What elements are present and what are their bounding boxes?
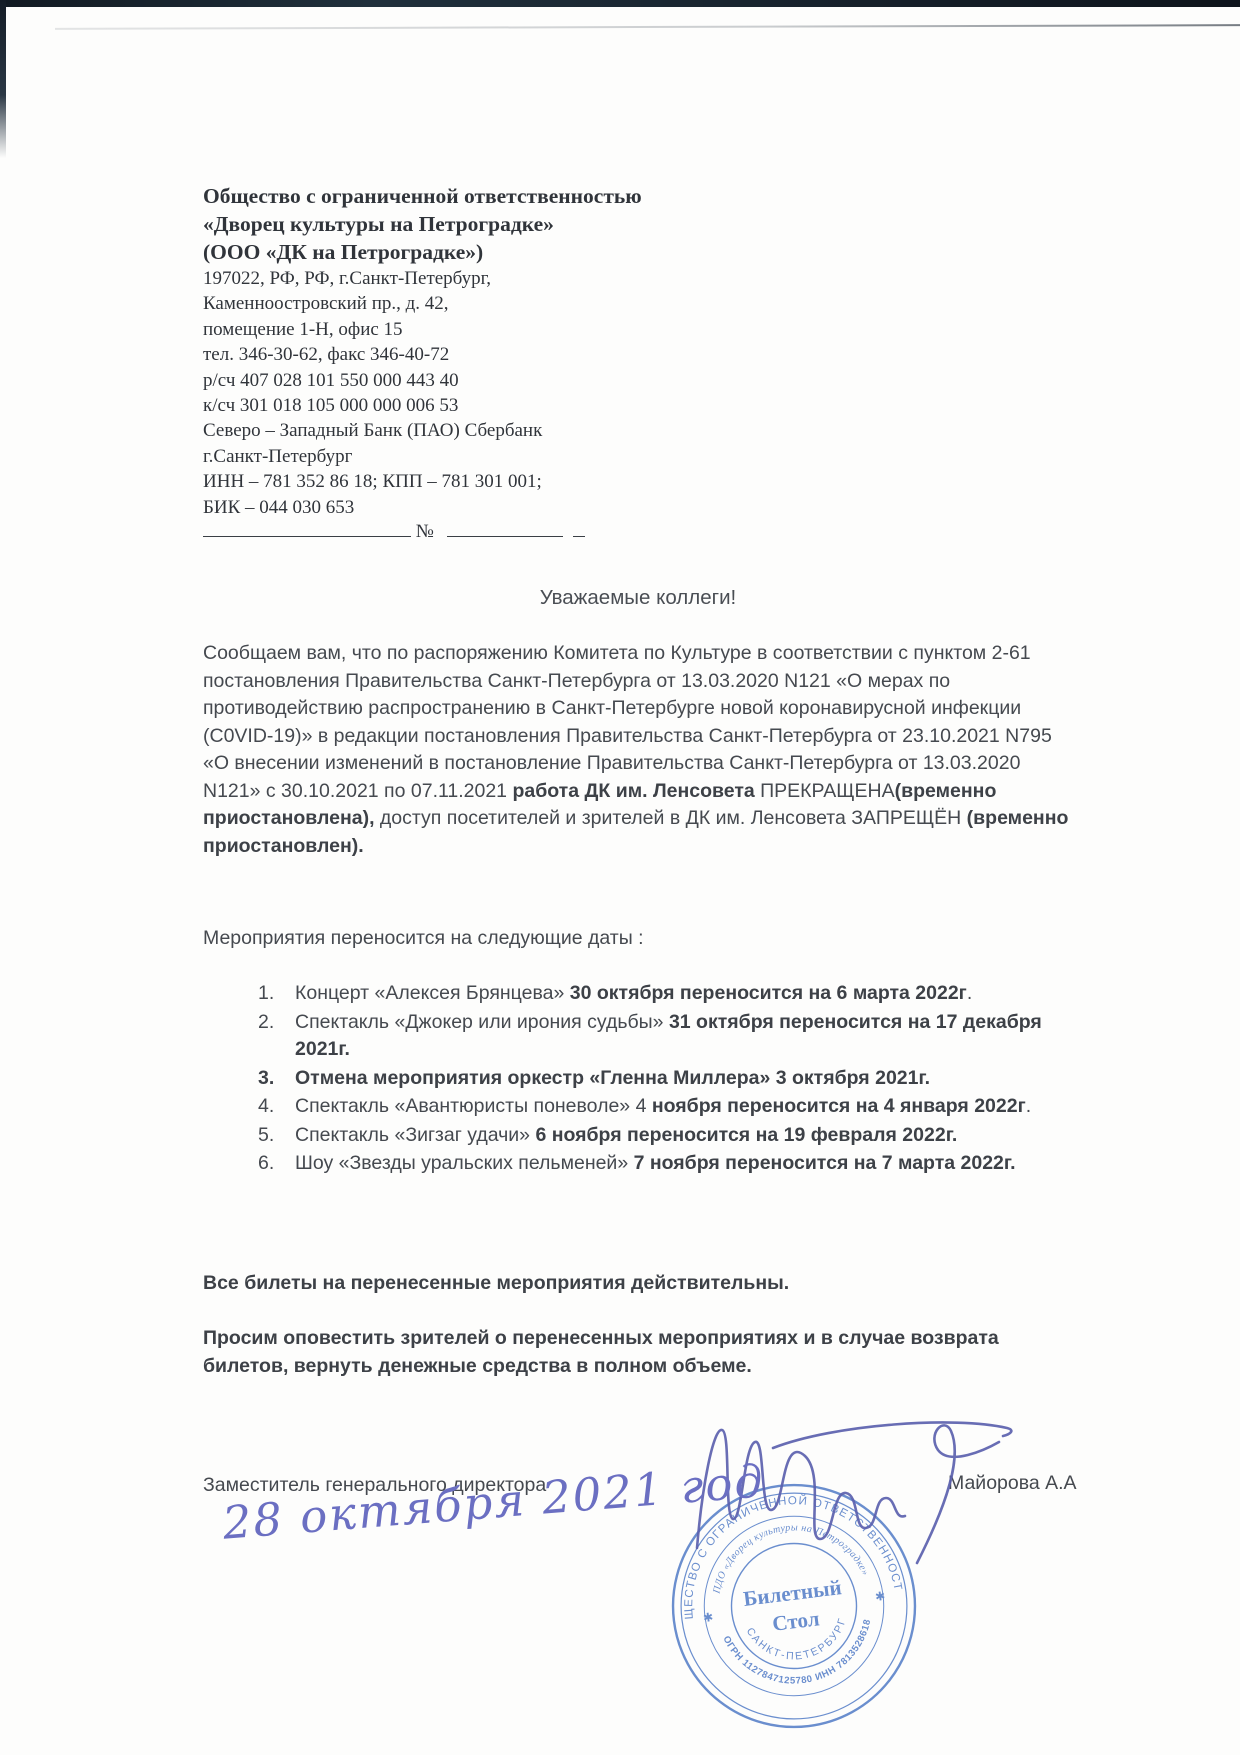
main-paragraph: Сообщаем вам, что по распоряжению Комите… xyxy=(203,640,1077,860)
scan-edge-top xyxy=(0,0,1240,7)
event-text: Шоу «Звезды уральских пельменей» 7 ноябр… xyxy=(295,1150,1079,1178)
letterhead-detail-line: ИНН – 781 352 86 18; КПП – 781 301 001; xyxy=(203,469,823,494)
bold-text-run: 30 октября переносится на 6 марта 2022г xyxy=(570,982,967,1004)
stamp-star-left: ✱ xyxy=(702,1610,714,1625)
event-text: Концерт «Алексея Брянцева» 30 октября пе… xyxy=(295,980,1079,1008)
text-run: Концерт «Алексея Брянцева» xyxy=(295,982,570,1004)
greeting: Уважаемые коллеги! xyxy=(203,586,1073,610)
event-number: 5. xyxy=(258,1122,295,1150)
reference-number-line: № xyxy=(203,520,823,543)
text-run: Сообщаем вам, что по распоряжению Комите… xyxy=(203,642,1052,802)
event-list-item: 2.Спектакль «Джокер или ирония судьбы» 3… xyxy=(203,1009,1083,1064)
event-list-item: 4.Спектакль «Авантюристы поневоле» 4 ноя… xyxy=(203,1093,1083,1121)
text-run: Шоу «Звезды уральских пельменей» xyxy=(295,1152,634,1174)
scanned-letter-page: { "letterhead": { "bold_lines": [ "Общес… xyxy=(0,0,1240,1755)
scan-edge-left xyxy=(0,0,6,158)
event-number: 3. xyxy=(258,1065,295,1093)
event-list-item: 6.Шоу «Звезды уральских пельменей» 7 ноя… xyxy=(203,1150,1083,1178)
letterhead: Общество с ограниченной ответственностью… xyxy=(203,182,823,520)
text-run: Спектакль «Авантюристы поневоле» 4 xyxy=(295,1095,652,1117)
event-number: 1. xyxy=(258,980,295,1008)
handwritten-date: 28 октября 2021 год xyxy=(221,1459,704,1549)
letterhead-detail-line: Северо – Западный Банк (ПАО) Сбербанк xyxy=(203,418,823,443)
bold-text-run: 6 ноября переносится на 19 февраля 2022г… xyxy=(535,1124,957,1146)
letterhead-detail-line: Каменноостровский пр., д. 42, xyxy=(203,291,823,316)
text-run: . xyxy=(967,982,972,1004)
letterhead-detail-line: р/сч 407 028 101 550 000 443 40 xyxy=(203,368,823,393)
event-list-item: 3.Отмена мероприятия оркестр «Гленна Мил… xyxy=(203,1065,1083,1093)
event-list-item: 1.Концерт «Алексея Брянцева» 30 октября … xyxy=(203,980,1083,1008)
blank-line-tick xyxy=(573,520,585,537)
event-number: 4. xyxy=(258,1093,295,1121)
text-run: Спектакль «Джокер или ирония судьбы» xyxy=(295,1011,669,1033)
event-number: 2. xyxy=(258,1009,295,1064)
letterhead-company-line: Общество с ограниченной ответственностью xyxy=(203,182,823,210)
text-run: ПРЕКРАЩЕНА xyxy=(760,780,894,802)
bold-text-run: работа ДК им. Ленсовета xyxy=(512,780,760,802)
text-run: доступ посетителей и зрителей в ДК им. Л… xyxy=(375,807,967,829)
event-list-item: 5.Спектакль «Зигзаг удачи» 6 ноября пере… xyxy=(203,1122,1083,1150)
letterhead-detail-line: помещение 1-Н, офис 15 xyxy=(203,317,823,342)
number-blank-line xyxy=(447,520,563,537)
text-run: Спектакль «Зигзаг удачи» xyxy=(295,1124,535,1146)
date-blank-line xyxy=(203,520,411,537)
scan-artifact-line xyxy=(55,24,1240,30)
letterhead-company-line: (ООО «ДК на Петроградке») xyxy=(203,238,823,266)
events-list: 1.Концерт «Алексея Брянцева» 30 октября … xyxy=(203,980,1083,1179)
text-run: . xyxy=(1026,1095,1031,1117)
event-text: Спектакль «Джокер или ирония судьбы» 31 … xyxy=(295,1009,1079,1064)
stamp-star-right: ✱ xyxy=(874,1589,886,1604)
letterhead-company-line: «Дворец культуры на Петроградке» xyxy=(203,210,823,238)
letterhead-detail-line: г.Санкт-Петербург xyxy=(203,444,823,469)
letterhead-detail-line: тел. 346-30-62, факс 346-40-72 xyxy=(203,342,823,367)
event-text: Спектакль «Зигзаг удачи» 6 ноября перено… xyxy=(295,1122,1079,1150)
stamp-center-line2: Стол xyxy=(771,1606,821,1636)
number-sign: № xyxy=(416,521,434,542)
event-text: Спектакль «Авантюристы поневоле» 4 ноябр… xyxy=(295,1093,1079,1121)
closing-refund-request: Просим оповестить зрителей о перенесенны… xyxy=(203,1324,1077,1380)
closing-tickets-valid: Все билеты на перенесенные мероприятия д… xyxy=(203,1272,1077,1295)
bold-text-run: ноября переносится на 4 января 2022г xyxy=(652,1095,1026,1117)
event-number: 6. xyxy=(258,1150,295,1178)
bold-text-run: 7 ноября переносится на 7 марта 2022г. xyxy=(634,1152,1016,1174)
bold-text-run: Отмена мероприятия оркестр «Гленна Милле… xyxy=(295,1067,930,1089)
list-intro: Мероприятия переносится на следующие дат… xyxy=(203,927,1077,950)
event-text: Отмена мероприятия оркестр «Гленна Милле… xyxy=(295,1065,1079,1093)
letterhead-detail-line: БИК – 044 030 653 xyxy=(203,495,823,520)
letterhead-detail-line: к/сч 301 018 105 000 000 006 53 xyxy=(203,393,823,418)
letterhead-detail-line: 197022, РФ, РФ, г.Санкт-Петербург, xyxy=(203,266,823,291)
